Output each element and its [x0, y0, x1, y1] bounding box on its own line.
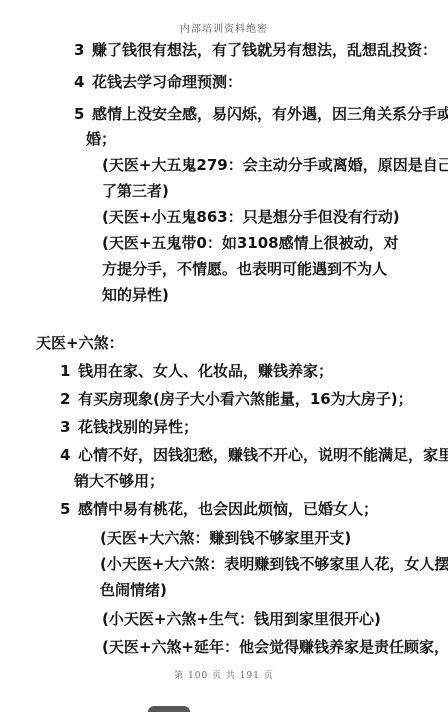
- list-item: 1钱用在家、女人、化妆品，赚钱养家；: [60, 361, 333, 381]
- list-item: 4心情不好，因钱犯愁，赚钱不开心，说明不能满足，家里开: [60, 445, 448, 465]
- list-item: 3花钱找别的异性；: [60, 417, 198, 437]
- list-item: 2有买房现象(房子大小看六煞能量，16为大房子)；: [60, 389, 413, 409]
- note-line: 知的异性): [102, 285, 169, 305]
- note-line: (天医+大五鬼279：会主动分手或离婚，原因是自己有: [102, 155, 448, 175]
- item-text: 赚了钱很有想法，有了钱就另有想法，乱想乱投资：: [92, 41, 437, 59]
- item-continuation: 销大不够用；: [74, 471, 164, 491]
- item-number: 3: [74, 40, 92, 60]
- item-number: 5: [74, 104, 92, 124]
- note-line: (天医+五鬼带0：如3108感情上很被动，对: [102, 233, 399, 253]
- item-number: 4: [60, 445, 78, 465]
- note-line: (小天医+六煞+生气：钱用到家里很开心): [102, 609, 381, 629]
- note-line: (天医+小五鬼863：只是想分手但没有行动): [102, 207, 400, 227]
- item-text: 感情上没安全感，易闪烁，有外遇，因三角关系分手或离: [92, 105, 448, 123]
- item-number: 3: [60, 417, 78, 437]
- note-line: 色闹情绪): [100, 580, 167, 600]
- item-number: 2: [60, 389, 78, 409]
- item-text: 有买房现象(房子大小看六煞能量，16为大房子)；: [78, 390, 413, 408]
- item-number: 4: [74, 72, 92, 92]
- item-number: 5: [60, 499, 78, 519]
- page-footer: 第 100 页 共 191 页: [0, 668, 448, 681]
- note-line: 方提分手，不情愿。也表明可能遇到不为人: [102, 259, 387, 279]
- list-item: 5感情中易有桃花，也会因此烦恼，已婚女人；: [60, 499, 378, 519]
- note-line: 了第三者): [102, 181, 169, 201]
- item-number: 1: [60, 361, 78, 381]
- page-header: 内部培训资料绝密: [0, 20, 448, 35]
- note-line: (天医+六煞+延年：他会觉得赚钱养家是责任顾家，感: [102, 637, 448, 657]
- scan-artifact: [148, 706, 190, 712]
- section-title: 天医+六煞：: [36, 333, 124, 353]
- item-text: 心情不好，因钱犯愁，赚钱不开心，说明不能满足，家里开: [78, 446, 448, 464]
- list-item: 3赚了钱很有想法，有了钱就另有想法，乱想乱投资：: [74, 40, 437, 60]
- list-item: 4花钱去学习命理预测：: [74, 72, 242, 92]
- item-text: 花钱去学习命理预测：: [92, 73, 242, 91]
- item-text: 感情中易有桃花，也会因此烦恼，已婚女人；: [78, 500, 378, 518]
- item-continuation: 婚；: [86, 129, 116, 149]
- list-item: 5感情上没安全感，易闪烁，有外遇，因三角关系分手或离: [74, 104, 448, 124]
- note-line: (天医+大六煞：赚到钱不够家里开支): [100, 528, 351, 548]
- note-line: (小天医+大六煞：表明赚到钱不够家里人花，女人摆脸: [100, 554, 448, 574]
- item-text: 花钱找别的异性；: [78, 418, 198, 436]
- item-text: 钱用在家、女人、化妆品，赚钱养家；: [78, 362, 333, 380]
